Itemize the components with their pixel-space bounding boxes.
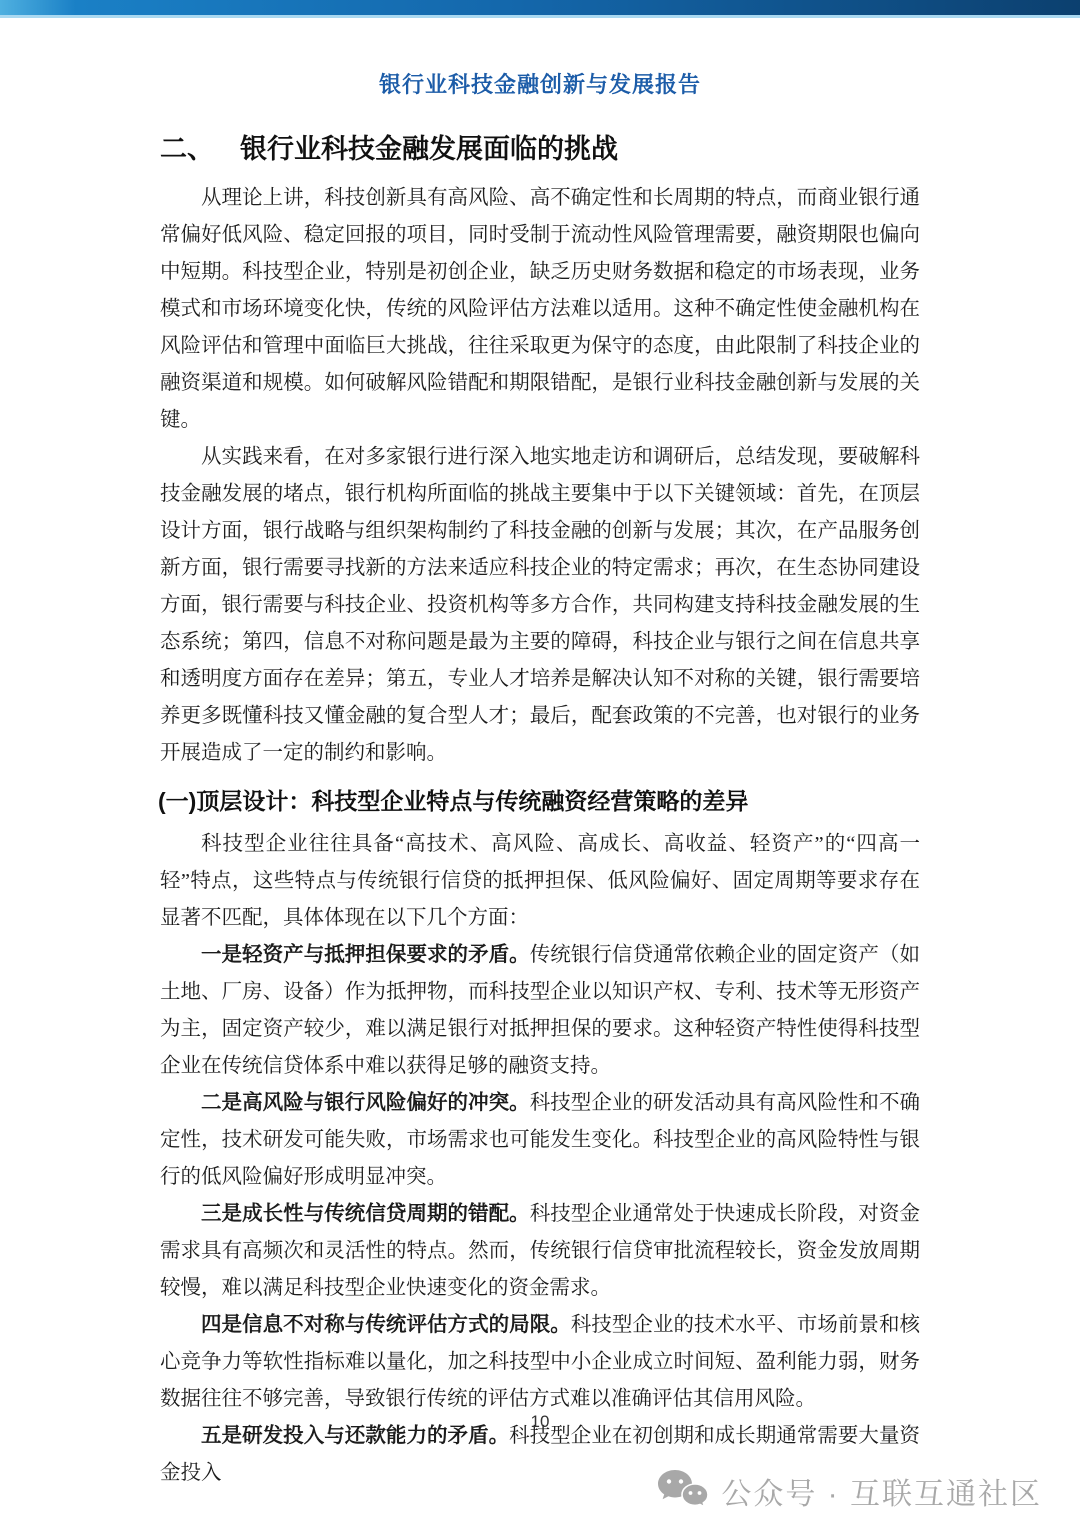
section-heading: 二、银行业科技金融发展面临的挑战 — [160, 130, 920, 168]
body-paragraph: 四是信息不对称与传统评估方式的局限。科技型企业的技术水平、市场前景和核心竞争力等… — [160, 1307, 920, 1418]
body-paragraph: 一是轻资产与抵押担保要求的矛盾。传统银行信贷通常依赖企业的固定资产（如土地、厂房… — [160, 937, 920, 1085]
doc-title: 银行业科技金融创新与发展报告 — [0, 70, 1080, 100]
document-page: 银行业科技金融创新与发展报告 二、银行业科技金融发展面临的挑战 从理论上讲，科技… — [0, 0, 1080, 1526]
body-paragraph: 从理论上讲，科技创新具有高风险、高不确定性和长周期的特点，而商业银行通常偏好低风… — [160, 180, 920, 439]
paragraph-lead: 一是轻资产与抵押担保要求的矛盾。 — [201, 944, 530, 966]
wechat-icon — [655, 1468, 709, 1514]
watermark-text: 公众号 · 互联互通社区 — [721, 1469, 1042, 1513]
watermark: 公众号 · 互联互通社区 — [655, 1468, 1042, 1514]
body-paragraph: 三是成长性与传统信贷周期的错配。科技型企业通常处于快速成长阶段，对资金需求具有高… — [160, 1196, 920, 1307]
section-title: 银行业科技金融发展面临的挑战 — [240, 134, 618, 164]
paragraph-lead: 三是成长性与传统信贷周期的错配。 — [201, 1203, 530, 1225]
paragraph-text: 科技型企业往往具备“高技术、高风险、高成长、高收益、轻资产”的“四高一轻”特点，… — [160, 833, 920, 929]
body-paragraph: 科技型企业往往具备“高技术、高风险、高成长、高收益、轻资产”的“四高一轻”特点，… — [160, 826, 920, 937]
body-content: 科技型企业往往具备“高技术、高风险、高成长、高收益、轻资产”的“四高一轻”特点，… — [0, 826, 1080, 1492]
paragraph-text: 从实践来看，在对多家银行进行深入地实地走访和调研后，总结发现，要破解科技金融发展… — [160, 446, 920, 764]
body-paragraph: 二是高风险与银行风险偏好的冲突。科技型企业的研发活动具有高风险性和不确定性，技术… — [160, 1085, 920, 1196]
body-paragraph: 从实践来看，在对多家银行进行深入地实地走访和调研后，总结发现，要破解科技金融发展… — [160, 439, 920, 772]
subsection-heading: (一)顶层设计：科技型企业特点与传统融资经营策略的差异 — [158, 784, 920, 818]
paragraph-text: 从理论上讲，科技创新具有高风险、高不确定性和长周期的特点，而商业银行通常偏好低风… — [160, 187, 920, 431]
body-content: 从理论上讲，科技创新具有高风险、高不确定性和长周期的特点，而商业银行通常偏好低风… — [0, 180, 1080, 772]
header-gradient-bar — [0, 0, 1080, 18]
paragraph-lead: 四是信息不对称与传统评估方式的局限。 — [201, 1314, 571, 1336]
paragraph-lead: 二是高风险与银行风险偏好的冲突。 — [201, 1092, 530, 1114]
page-number: 10 — [0, 1412, 1080, 1432]
section-number: 二、 — [160, 134, 214, 164]
